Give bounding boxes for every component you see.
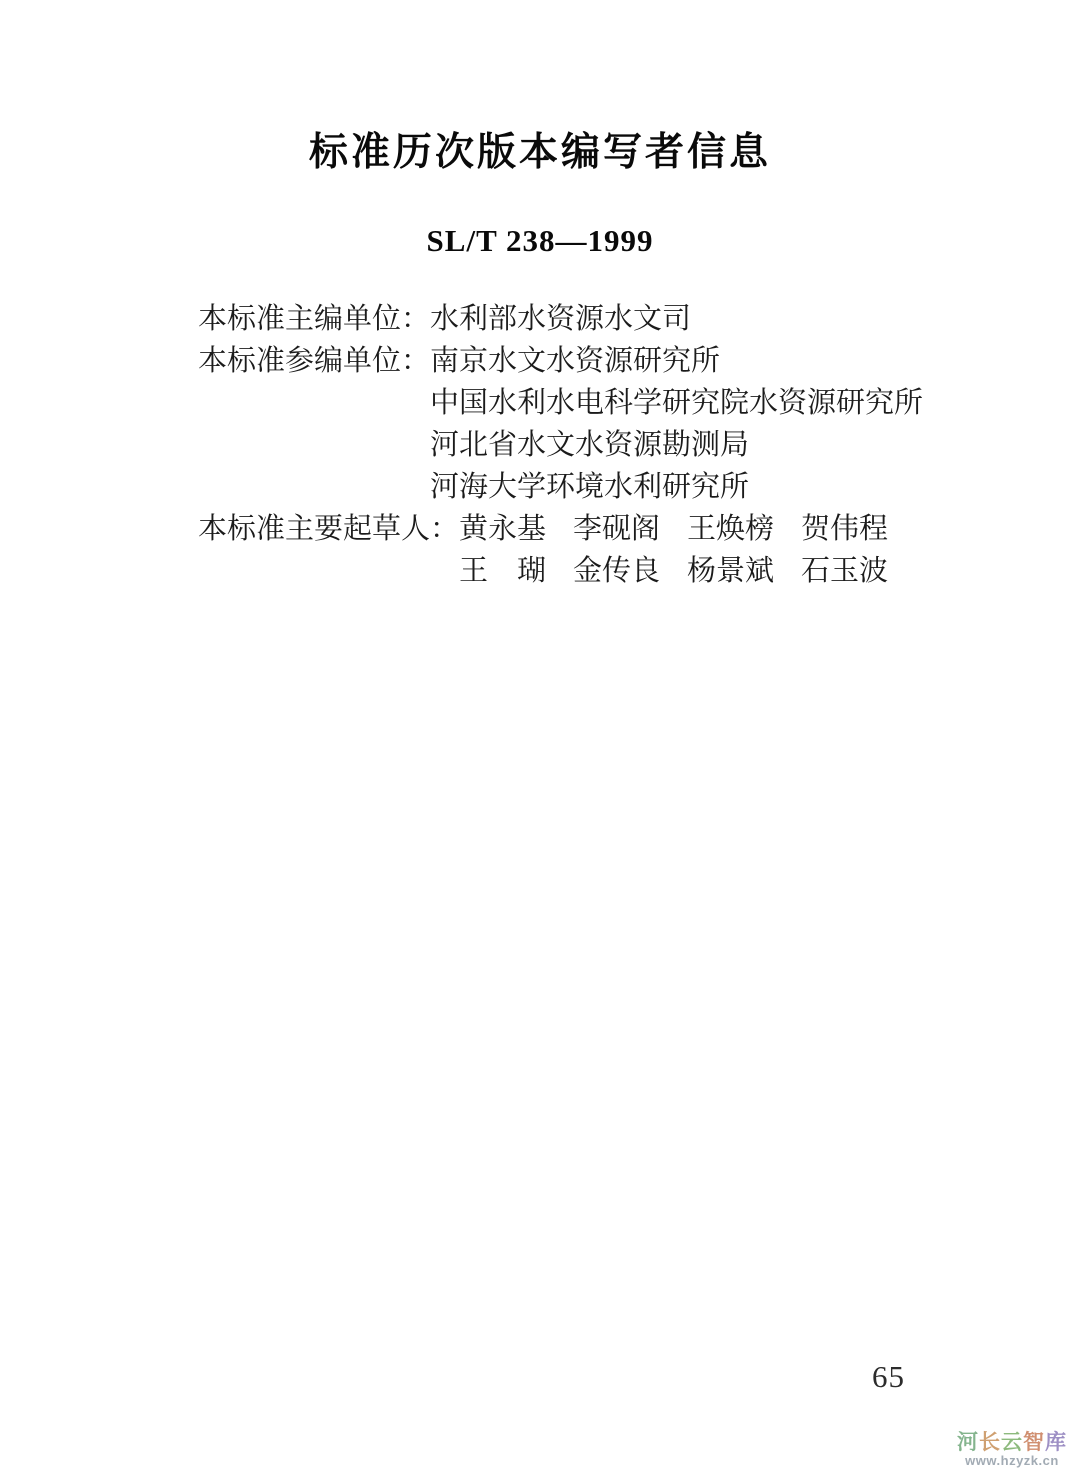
label-spacer <box>198 382 430 424</box>
drafter-name: 杨景斌 <box>687 550 774 592</box>
participating-unit-label: 本标准参编单位： <box>198 340 430 382</box>
standard-code: SL/T 238—1999 <box>0 225 1080 256</box>
watermark-url: www.hzyzk.cn <box>957 1454 1067 1468</box>
drafters-names-line1: 黄永基 李砚阁 王焕榜 贺伟程 <box>459 508 888 550</box>
drafters-label: 本标准主要起草人： <box>198 508 459 550</box>
drafters-row: 本标准主要起草人： 黄永基 李砚阁 王焕榜 贺伟程 <box>198 508 1080 550</box>
watermark-logo: 河长云智库 www.hzyzk.cn <box>957 1431 1067 1468</box>
participating-unit-continuation: 河北省水文水资源勘测局 <box>198 424 1080 466</box>
drafters-row-continuation: 王 瑚 金传良 杨景斌 石玉波 <box>198 550 1080 592</box>
watermark-char: 云 <box>1001 1431 1023 1454</box>
label-spacer <box>198 550 459 592</box>
editors-info-block: 本标准主编单位： 水利部水资源水文司 本标准参编单位： 南京水文水资源研究所 中… <box>198 298 1080 592</box>
participating-unit-continuation: 中国水利水电科学研究院水资源研究所 <box>198 382 1080 424</box>
chief-unit-value: 水利部水资源水文司 <box>430 298 691 340</box>
participating-org: 河海大学环境水利研究所 <box>430 466 749 508</box>
drafters-names-line2: 王 瑚 金传良 杨景斌 石玉波 <box>459 550 888 592</box>
chief-unit-row: 本标准主编单位： 水利部水资源水文司 <box>198 298 1080 340</box>
drafter-name: 贺伟程 <box>801 508 888 550</box>
label-spacer <box>198 466 430 508</box>
drafter-name: 金传良 <box>573 550 660 592</box>
participating-org: 中国水利水电科学研究院水资源研究所 <box>430 382 923 424</box>
watermark-char: 河 <box>957 1431 979 1454</box>
participating-org: 河北省水文水资源勘测局 <box>430 424 749 466</box>
participating-unit-continuation: 河海大学环境水利研究所 <box>198 466 1080 508</box>
drafter-name: 石玉波 <box>801 550 888 592</box>
drafter-name: 黄永基 <box>459 508 546 550</box>
participating-unit-row: 本标准参编单位： 南京水文水资源研究所 <box>198 340 1080 382</box>
drafter-name: 李砚阁 <box>573 508 660 550</box>
watermark-char: 库 <box>1045 1431 1067 1454</box>
participating-org: 南京水文水资源研究所 <box>430 340 720 382</box>
watermark-char: 智 <box>1023 1431 1045 1454</box>
watermark-name: 河长云智库 <box>957 1431 1067 1454</box>
watermark-char: 长 <box>979 1431 1001 1454</box>
chief-unit-label: 本标准主编单位： <box>198 298 430 340</box>
drafter-name: 王焕榜 <box>687 508 774 550</box>
drafter-name: 王 瑚 <box>459 550 546 592</box>
page-title: 标准历次版本编写者信息 <box>0 133 1080 172</box>
document-page: 标准历次版本编写者信息 SL/T 238—1999 本标准主编单位： 水利部水资… <box>0 0 1080 592</box>
page-number: 65 <box>872 1361 905 1392</box>
label-spacer <box>198 424 430 466</box>
